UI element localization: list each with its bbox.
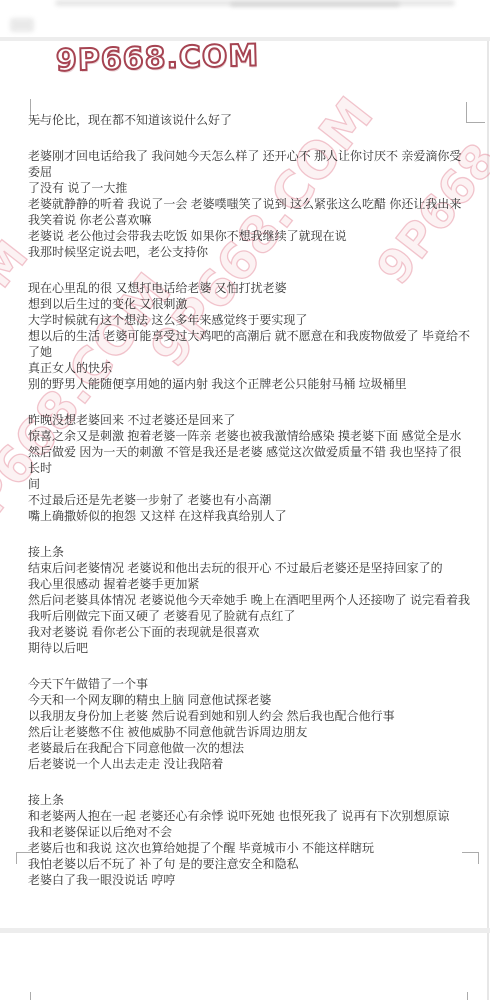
text-line: 接上条	[28, 792, 470, 808]
text-line: 我怕老婆以后不玩了 补了句 是的要注意安全和隐私	[28, 856, 470, 872]
text-line: 昨晚没想老婆回来 不过老婆还是回来了	[28, 412, 470, 428]
paragraph: 接上条结束后问老婆情况 老婆说和他出去玩的很开心 不过最后老婆还是坚持回家了的我…	[28, 544, 470, 656]
text-line: 了没有 说了一大推	[28, 180, 470, 196]
text-line: 惊喜之余又是刺激 抱着老婆一阵亲 老婆也被我激情给感染 摸老婆下面 感觉全是水	[28, 428, 470, 444]
text-line: 以我朋友身份加上老婆 然后说看到她和别人约会 然后我也配合他行事	[28, 708, 470, 724]
text-line: 今天下午做错了一个事	[28, 676, 470, 692]
text-line: 然后让老婆憋不住 被他威胁不同意他就告诉周边朋友	[28, 724, 470, 740]
text-line: 接上条	[28, 544, 470, 560]
text-line: 老婆白了我一眼没说话 哼哼	[28, 872, 470, 888]
text-line: 老婆后也和我说 这次也算给她提了个醒 毕竟城市小 不能这样瞎玩	[28, 840, 470, 856]
page-right-edge	[487, 41, 489, 1000]
text-line: 老婆最后在我配合下同意他做一次的想法	[28, 740, 470, 756]
text-line: 老婆就静静的听着 我说了一会 老婆噗嗤笑了说到 这么紧张这么吃醋 你还让我出来	[28, 196, 470, 212]
site-logo-watermark: 9P668.COM	[56, 41, 260, 76]
next-page-corner-mark-right	[467, 992, 468, 1000]
paragraph: 接上条和老婆两人抱在一起 老婆还心有余悸 说吓死她 也恨死我了 说再有下次别想原…	[28, 792, 470, 888]
text-line: 间	[28, 476, 470, 492]
text-line: 不过最后还是先老婆一步射了 老婆也有小高潮	[28, 492, 470, 508]
text-line: 后老婆说一个人出去走走 没让我陪着	[28, 756, 470, 772]
text-line: 期待以后吧	[28, 640, 470, 656]
paragraph: 无与伦比，现在都不知道该说什么好了	[28, 112, 470, 128]
paragraph: 昨晚没想老婆回来 不过老婆还是回来了惊喜之余又是刺激 抱着老婆一阵亲 老婆也被我…	[28, 412, 470, 524]
text-line: 老婆刚才回电话给我了 我问她今天怎么样了 还开心不 那人让你讨厌不 亲爱滴你受委…	[28, 148, 470, 180]
paragraph: 现在心里乱的很 又想打电话给老婆 又怕打扰老婆想到以后生过的变化 又很刺激大学时…	[28, 280, 470, 392]
text-line: 大学时候就有这个想法 这么多年来感觉终于要实现了	[28, 312, 470, 328]
text-line: 和老婆两人抱在一起 老婆还心有余悸 说吓死她 也恨死我了 说再有下次别想原谅	[28, 808, 470, 824]
text-line: 我和老婆保证以后绝对不会	[28, 824, 470, 840]
text-line: 我笑着说 你老公喜欢嘛	[28, 212, 470, 228]
text-line: 想到以后生过的变化 又很刺激	[28, 296, 470, 312]
text-line: 真正女人的快乐	[28, 360, 470, 376]
text-line: 无与伦比，现在都不知道该说什么好了	[28, 112, 470, 128]
text-line: 然后做爱 因为一天的刺激 不管是我还是老婆 感觉这次做爱质量不错 我也坚持了很长…	[28, 444, 470, 476]
text-line: 嘴上确撒娇似的抱怨 又这样 在这样我真给别人了	[28, 508, 470, 524]
document-page: 9P668.COM 9P668.COM9P668.COM9P668.COM9P6…	[0, 0, 490, 1000]
text-line: 想以后的生活 老婆可能享受过大鸡吧的高潮后 就不愿意在和我废物做爱了 毕竟给不了…	[28, 328, 470, 360]
document-text: 无与伦比，现在都不知道该说什么好了老婆刚才回电话给我了 我问她今天怎么样了 还开…	[28, 112, 470, 908]
top-edge-smudge	[10, 18, 34, 32]
text-line: 现在心里乱的很 又想打电话给老婆 又怕打扰老婆	[28, 280, 470, 296]
page-break-divider	[0, 928, 490, 933]
text-line: 我心里很感动 握着老婆手更加紧	[28, 576, 470, 592]
paragraph: 老婆刚才回电话给我了 我问她今天怎么样了 还开心不 那人让你讨厌不 亲爱滴你受委…	[28, 148, 470, 260]
text-line: 我那时候坚定说去吧，老公支持你	[28, 244, 470, 260]
paragraph: 今天下午做错了一个事今天和一个网友聊的精虫上脑 同意他试探老婆以我朋友身份加上老…	[28, 676, 470, 772]
text-line: 今天和一个网友聊的精虫上脑 同意他试探老婆	[28, 692, 470, 708]
text-line: 结束后问老婆情况 老婆说和他出去玩的很开心 不过最后老婆还是坚持回家了的	[28, 560, 470, 576]
text-line: 我对老婆说 看你老公下面的表现就是很喜欢	[28, 624, 470, 640]
text-line: 我听后刚做完下面又硬了 老婆看见了脸就有点红了	[28, 608, 470, 624]
text-line: 老婆说 老公他过会带我去吃饭 如果你不想我继续了就现在说	[28, 228, 470, 244]
text-line: 别的野男人能随便享用她的逼内射 我这个正牌老公只能射马桶 垃圾桶里	[28, 376, 470, 392]
next-page-corner-mark-left	[30, 992, 31, 1000]
text-line: 然后问老婆具体情况 老婆说他今天牵她手 晚上在酒吧里两个人还接吻了 说完看着我	[28, 592, 470, 608]
top-edge-smudge	[230, 2, 400, 7]
